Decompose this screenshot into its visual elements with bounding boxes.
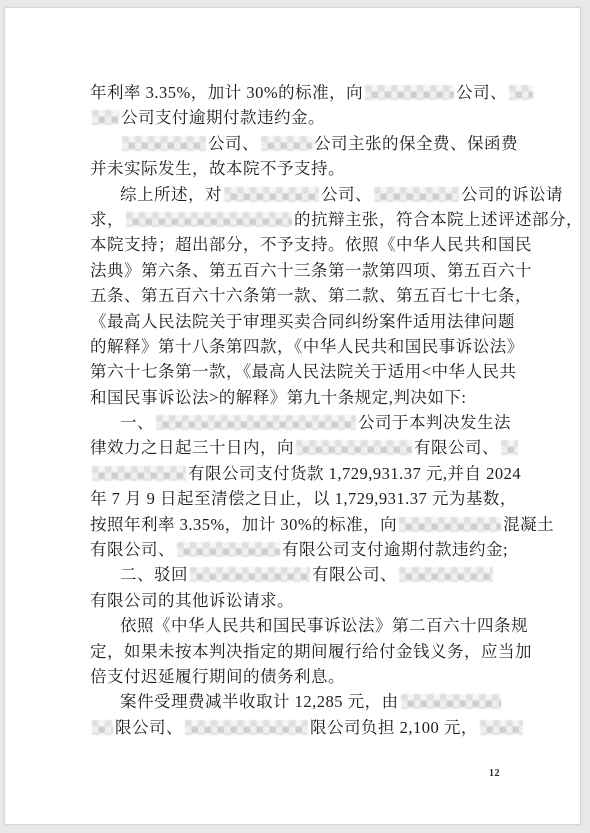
text-line: 律效力之日起三十日内，向有限公司、 xyxy=(90,435,520,460)
text-segment: 并未实际发生，故本院不予支持。 xyxy=(90,159,345,178)
text-segment: 公司主张的保全费、保函费 xyxy=(314,134,518,153)
text-line: 第六十七条第一款，《最高人民法院关于适用<中华人民共 xyxy=(90,359,520,384)
text-line: 并未实际发生，故本院不予支持。 xyxy=(90,156,520,181)
text-segment: 限公司、 xyxy=(115,718,183,737)
document-page: 年利率 3.35%，加计 30%的标准，向公司、公司支付逾期付款违约金。公司、公… xyxy=(4,7,581,825)
text-segment: 和国民事诉讼法>的解释》第九十条规定,判决如下: xyxy=(90,388,467,407)
redacted-text xyxy=(296,440,412,455)
redacted-text xyxy=(224,187,319,202)
text-segment: 《最高人民法院关于审理买卖合同纠纷案件适用法律问题 xyxy=(90,312,515,331)
redacted-text xyxy=(122,136,206,151)
text-line: 按照年利率 3.35%，加计 30%的标准，向混凝土 xyxy=(90,512,520,537)
redacted-text xyxy=(92,720,113,735)
text-segment: 定，如果未按本判决指定的期间履行给付金钱义务，应当加 xyxy=(90,642,532,661)
redacted-text xyxy=(480,720,523,735)
redacted-text xyxy=(177,542,280,557)
redacted-text xyxy=(374,187,459,202)
text-segment: 公司、 xyxy=(456,83,507,102)
text-line: 有限公司、有限公司支付逾期付款违约金; xyxy=(90,537,520,562)
text-segment: 综上所述，对 xyxy=(120,185,222,204)
text-line: 依照《中华人民共和国民事诉讼法》第二百六十四条规 xyxy=(90,613,520,638)
text-segment: 有限公司、 xyxy=(312,565,397,584)
page-number: 12 xyxy=(489,768,500,779)
text-segment: 公司于本判决发生法 xyxy=(358,413,511,432)
text-line: 有限公司支付货款 1,729,931.37 元,并自 2024 xyxy=(90,461,520,486)
redacted-text xyxy=(185,720,308,735)
text-segment: 有限公司支付逾期付款违约金; xyxy=(282,540,508,559)
text-segment: 第六十七条第一款，《最高人民法院关于适用<中华人民共 xyxy=(90,362,517,381)
text-line: 和国民事诉讼法>的解释》第九十条规定,判决如下: xyxy=(90,385,520,410)
text-segment: 律效力之日起三十日内，向 xyxy=(90,438,294,457)
text-segment: 有限公司的其他诉讼请求。 xyxy=(90,591,294,610)
text-line: 《最高人民法院关于审理买卖合同纠纷案件适用法律问题 xyxy=(90,309,520,334)
text-segment: 依照《中华人民共和国民事诉讼法》第二百六十四条规 xyxy=(120,616,528,635)
text-line: 法典》第六条、第五百六十三条第一款第四项、第五百六十 xyxy=(90,258,520,283)
text-line: 五条、第五百六十六条第一款、第二款、第五百七十七条， xyxy=(90,283,520,308)
text-segment: 二、驳回 xyxy=(120,565,188,584)
text-segment: 年利率 3.35%，加计 30%的标准，向 xyxy=(90,83,363,102)
redacted-text xyxy=(92,466,186,481)
text-segment: 倍支付迟延履行期间的债务利息。 xyxy=(90,667,345,686)
text-segment: 一、 xyxy=(120,413,154,432)
text-line: 本院支持；超出部分，不予支持。依照《中华人民共和国民 xyxy=(90,232,520,257)
redacted-text xyxy=(501,440,518,455)
text-line: 定，如果未按本判决指定的期间履行给付金钱义务，应当加 xyxy=(90,639,520,664)
text-line: 求，的抗辩主张，符合本院上述评述部分， xyxy=(90,207,520,232)
text-line: 公司支付逾期付款违约金。 xyxy=(90,105,520,130)
text-segment: 本院支持；超出部分，不予支持。依照《中华人民共和国民 xyxy=(90,235,532,254)
redacted-text xyxy=(399,517,501,532)
text-segment: 有限公司、 xyxy=(414,438,499,457)
text-line: 公司、公司主张的保全费、保函费 xyxy=(90,131,520,156)
redacted-text xyxy=(261,136,312,151)
text-segment: 限公司负担 2,100 元， xyxy=(310,718,478,737)
redacted-text xyxy=(365,85,454,100)
text-segment: 案件受理费减半收取计 12,285 元，由 xyxy=(120,692,399,711)
text-segment: 按照年利率 3.35%，加计 30%的标准，向 xyxy=(90,515,397,534)
redacted-text xyxy=(190,567,310,582)
text-segment: 有限公司、 xyxy=(90,540,175,559)
redacted-text xyxy=(156,415,356,430)
text-line: 一、公司于本判决发生法 xyxy=(90,410,520,435)
text-segment: 求， xyxy=(90,210,124,229)
text-line: 的解释》第十八条第四款，《中华人民共和国民事诉讼法》 xyxy=(90,334,520,359)
redacted-text xyxy=(92,110,119,125)
text-line: 倍支付迟延履行期间的债务利息。 xyxy=(90,664,520,689)
text-line: 年 7 月 9 日起至清偿之日止，以 1,729,931.37 元为基数， xyxy=(90,486,520,511)
text-line: 年利率 3.35%，加计 30%的标准，向公司、 xyxy=(90,80,520,105)
text-line: 限公司、限公司负担 2,100 元， xyxy=(90,715,520,740)
text-segment: 公司、 xyxy=(208,134,259,153)
text-line: 有限公司的其他诉讼请求。 xyxy=(90,588,520,613)
redacted-text xyxy=(399,567,493,582)
text-segment: 公司的诉讼请 xyxy=(461,185,563,204)
text-segment: 混凝土 xyxy=(503,515,554,534)
text-block: 年利率 3.35%，加计 30%的标准，向公司、公司支付逾期付款违约金。公司、公… xyxy=(90,80,520,740)
text-segment: 有限公司支付货款 1,729,931.37 元,并自 2024 xyxy=(188,464,521,483)
text-line: 案件受理费减半收取计 12,285 元，由 xyxy=(90,689,520,714)
text-segment: 公司支付逾期付款违约金。 xyxy=(121,108,325,127)
text-segment: 年 7 月 9 日起至清偿之日止，以 1,729,931.37 元为基数， xyxy=(90,489,517,508)
redacted-text xyxy=(401,694,501,709)
redacted-text xyxy=(126,212,292,227)
text-line: 二、驳回有限公司、 xyxy=(90,562,520,587)
text-line: 综上所述，对公司、公司的诉讼请 xyxy=(90,182,520,207)
redacted-text xyxy=(509,85,533,100)
text-segment: 五条、第五百六十六条第一款、第二款、第五百七十七条， xyxy=(90,286,532,305)
text-segment: 法典》第六条、第五百六十三条第一款第四项、第五百六十 xyxy=(90,261,532,280)
text-segment: 的抗辩主张，符合本院上述评述部分， xyxy=(294,210,583,229)
text-segment: 公司、 xyxy=(321,185,372,204)
text-segment: 的解释》第十八条第四款，《中华人民共和国民事诉讼法》 xyxy=(90,337,524,356)
